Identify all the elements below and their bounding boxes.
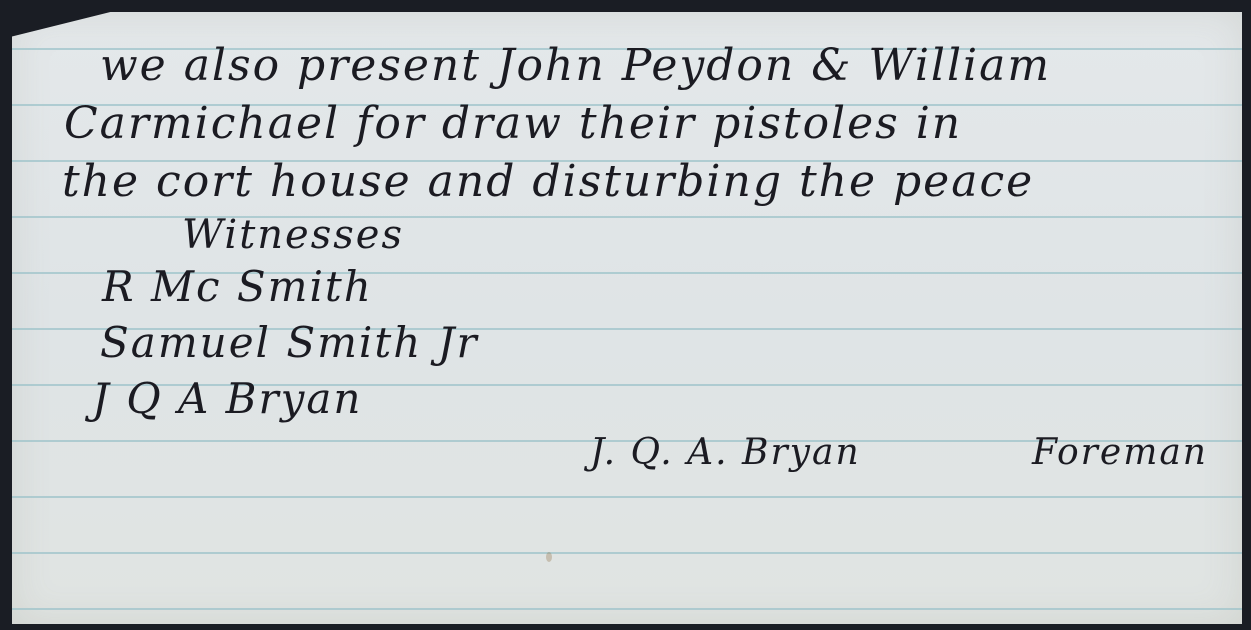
paper-stain [546,552,552,562]
witness-3: J Q A Bryan [92,374,362,423]
body-line-3: the cort house and disturbing the peace [62,156,1034,207]
witness-2: Samuel Smith Jr [100,318,479,367]
body-line-2: Carmichael for draw their pistoles in [64,98,962,149]
ruled-line [12,608,1242,610]
signature-title: Foreman [1032,432,1208,473]
signature-name: J. Q. A. Bryan [590,432,861,473]
document-paper: we also present John Peydon & William Ca… [12,12,1242,624]
ruled-line [12,496,1242,498]
witness-1: R Mc Smith [102,262,373,311]
witnesses-heading: Witnesses [182,212,404,258]
body-line-1: we also present John Peydon & William [100,40,1051,91]
ruled-line [12,552,1242,554]
